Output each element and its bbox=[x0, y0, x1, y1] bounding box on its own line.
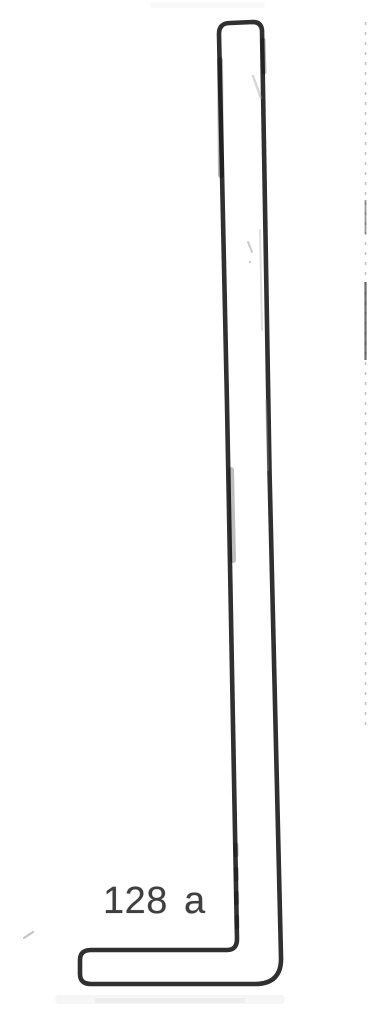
bent-tube-drawing bbox=[0, 0, 372, 1024]
scan-specks bbox=[24, 76, 261, 938]
tube-outline bbox=[80, 22, 281, 984]
figure-label: 128 a bbox=[103, 882, 206, 920]
scanned-figure-page: 128 a bbox=[0, 0, 372, 1024]
scan-smudges bbox=[55, 2, 285, 1004]
